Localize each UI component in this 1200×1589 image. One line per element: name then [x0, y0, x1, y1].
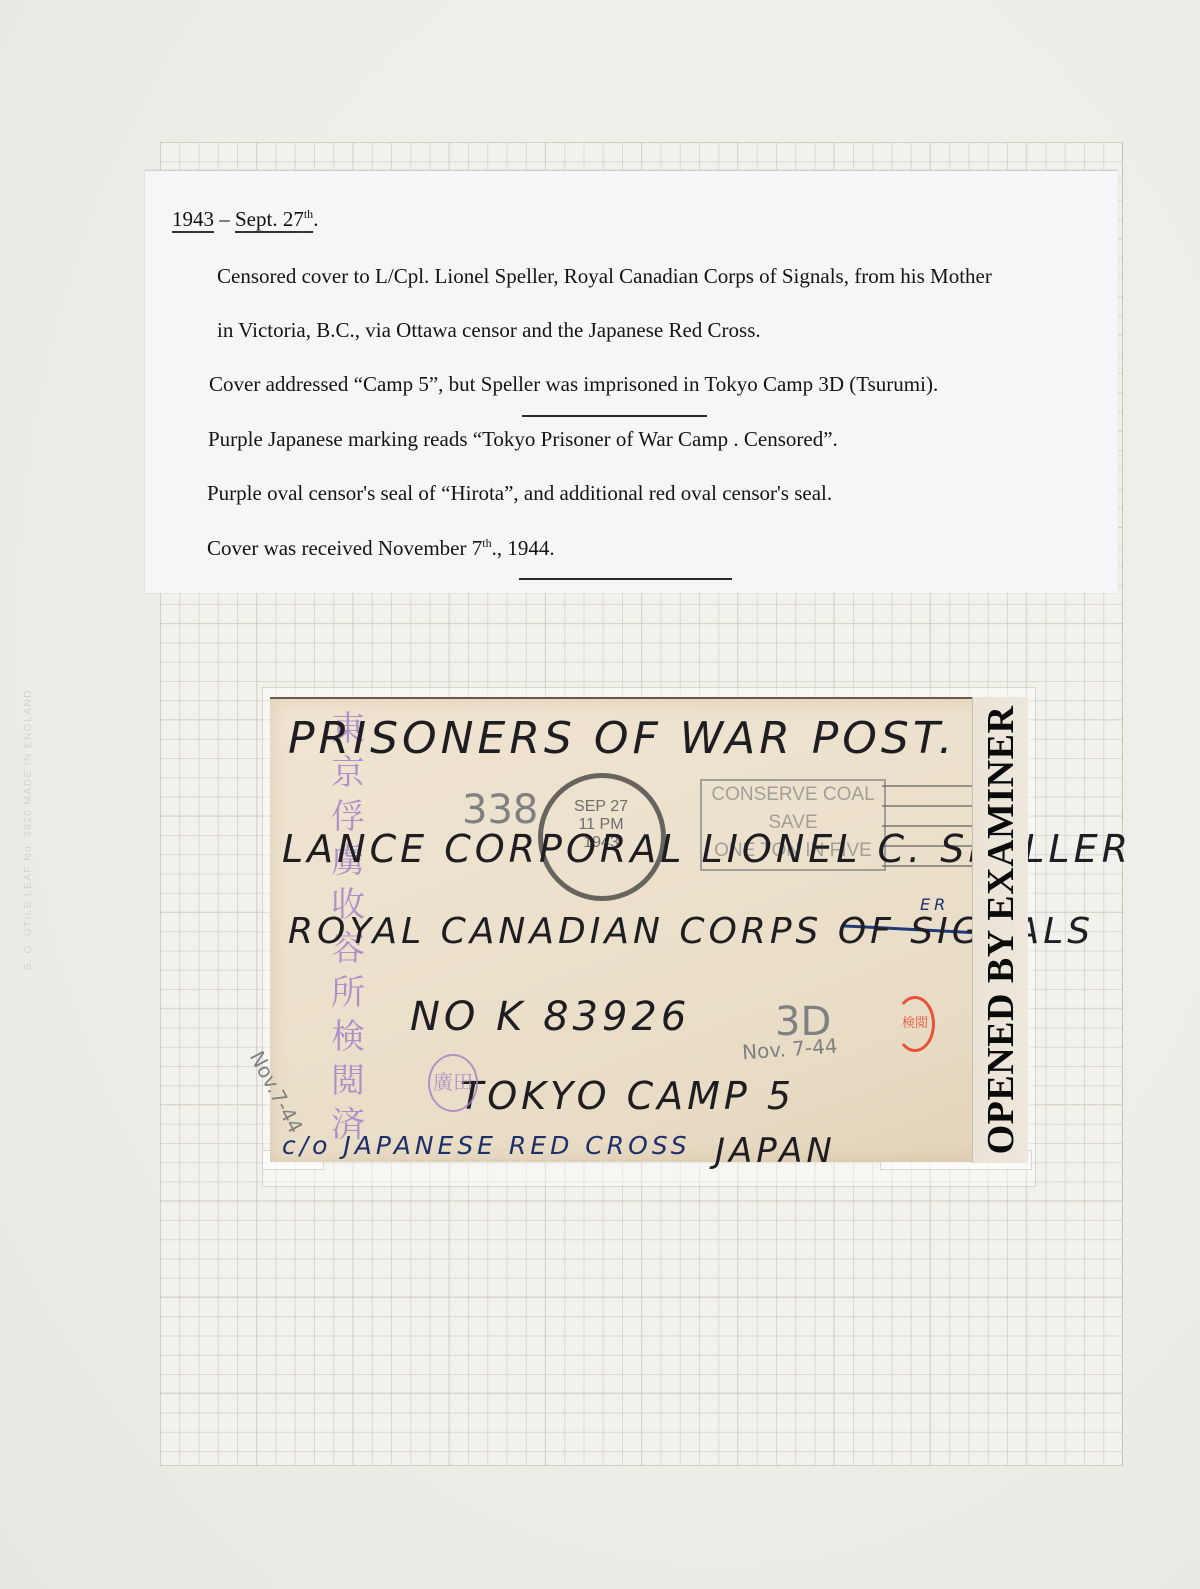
censor-tape: OPENED BY EXAMINER — [972, 697, 1028, 1163]
address-line: NO K 83926 — [410, 994, 690, 1040]
hirota-seal: 廣田 — [428, 1054, 478, 1112]
description-line: in Victoria, B.C., via Ottawa censor and… — [217, 318, 761, 343]
heading-year: 1943 — [172, 207, 214, 231]
cancel-bar — [882, 785, 972, 787]
album-leaf: S. G. UTILE LEAF No. 3820 MADE IN ENGLAN… — [0, 0, 1200, 1589]
red-censor-seal: 検閲 — [895, 996, 935, 1052]
underline-rule — [519, 578, 732, 580]
postmark-date: SEP 27 — [566, 798, 636, 816]
underline-rule — [522, 415, 707, 417]
red-cross-line: c/o JAPANESE RED CROSS — [282, 1131, 691, 1160]
country-line: JAPAN — [715, 1131, 836, 1171]
address-line: TOKYO CAMP 5 — [460, 1074, 795, 1118]
slogan-line: CONSERVE COAL — [702, 781, 884, 809]
censor-tape-text: OPENED BY EXAMINER — [979, 706, 1023, 1155]
address-line: PRISONERS OF WAR POST. — [288, 713, 957, 764]
heading-end: . — [313, 207, 318, 231]
description-line: Purple oval censor's seal of “Hirota”, a… — [207, 481, 832, 506]
description-line: Censored cover to L/Cpl. Lionel Speller,… — [217, 264, 992, 289]
cover-date-heading: 1943 – Sept. 27th. — [172, 207, 318, 232]
received-suffix: th — [482, 536, 491, 550]
heading-date-text: Sept. 27 — [235, 207, 304, 231]
cancel-bar — [882, 805, 972, 807]
leaf-imprint: S. G. UTILE LEAF No. 3820 MADE IN ENGLAN… — [22, 689, 34, 970]
description-panel: 1943 – Sept. 27th. Censored cover to L/C… — [145, 170, 1118, 593]
censored-cover: 東京俘虜收容所検閲済 SEP 27 11 PM 1943 CONSERVE CO… — [270, 697, 1025, 1162]
received-line: Cover was received November 7th., 1944. — [207, 536, 555, 561]
description-line: Purple Japanese marking reads “Tokyo Pri… — [208, 427, 838, 452]
heading-separator: – — [214, 207, 235, 231]
description-line: Cover addressed “Camp 5”, but Speller wa… — [209, 372, 938, 397]
received-rest: ., 1944. — [492, 536, 555, 560]
heading-date: Sept. 27th — [235, 207, 313, 231]
received-prefix: Cover was received November 7 — [207, 536, 482, 560]
pencil-receipt-date: Nov. 7-44 — [741, 1034, 838, 1065]
heading-date-suffix: th — [304, 207, 313, 221]
